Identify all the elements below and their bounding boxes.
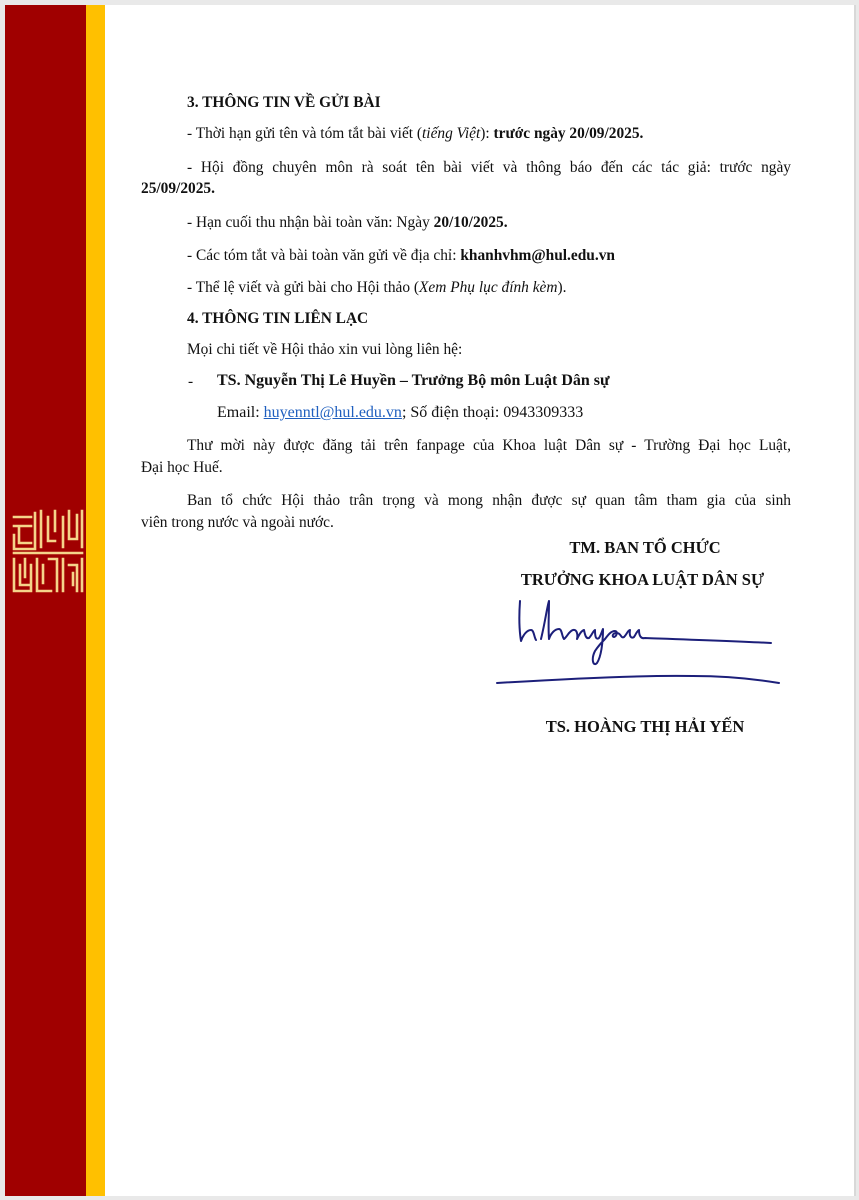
section-heading: 3. THÔNG TIN VỀ GỬI BÀI (187, 92, 381, 113)
list-item: - Hạn cuối thu nhận bài toàn văn: Ngày 2… (187, 212, 508, 233)
list-item: - Các tóm tắt và bài toàn văn gửi về địa… (187, 245, 615, 266)
paragraph-continuation: Đại học Huế. (141, 457, 223, 478)
list-item-continuation: 25/09/2025. (141, 178, 215, 199)
contact-phone: 0943309333 (503, 404, 583, 421)
paragraph: Ban tổ chức Hội thảo trân trọng và mong … (187, 490, 791, 511)
contact-email-link[interactable]: huyenntl@hul.edu.vn (264, 404, 402, 421)
contact-name: TS. Nguyễn Thị Lê Huyền – Trưởng Bộ môn … (217, 370, 610, 391)
signer-name: TS. HOÀNG THỊ HẢI YẾN (515, 717, 775, 737)
decorative-red-band (5, 5, 86, 1196)
list-item: - Hội đồng chuyên môn rà soát tên bài vi… (187, 157, 791, 178)
list-item: - Thời hạn gửi tên và tóm tắt bài viết (… (187, 123, 643, 144)
paragraph: Thư mời này được đăng tải trên fanpage c… (187, 435, 791, 456)
contact-intro: Mọi chi tiết về Hội thảo xin vui lòng li… (187, 339, 462, 360)
decorative-motif-icon (11, 507, 85, 595)
paragraph-continuation: viên trong nước và ngoài nước. (141, 512, 334, 533)
decorative-yellow-band (86, 5, 105, 1196)
section-heading: 4. THÔNG TIN LIÊN LẠC (187, 308, 368, 329)
list-item: - Thể lệ viết và gửi bài cho Hội thảo (X… (187, 277, 566, 298)
handwritten-signature-icon (493, 593, 788, 693)
document-page: 3. THÔNG TIN VỀ GỬI BÀI - Thời hạn gửi t… (5, 5, 856, 1196)
contact-details: Email: huyenntl@hul.edu.vn; Số điện thoạ… (217, 402, 583, 423)
signature-role: TRƯỞNG KHOA LUẬT DÂN SỰ (500, 570, 785, 590)
signature-title: TM. BAN TỔ CHỨC (525, 538, 765, 558)
contact-bullet: - (188, 371, 193, 392)
